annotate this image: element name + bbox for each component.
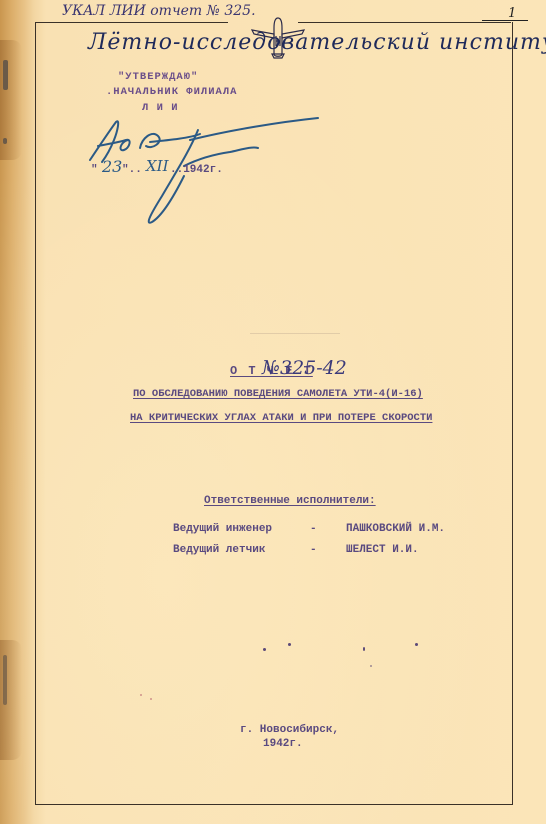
binder-hole [3, 138, 7, 144]
approval-date-month: XII [146, 157, 169, 175]
archive-reference: УКАЛ ЛИИ отчет № 325. [62, 3, 256, 19]
responsible-role: Ведущий инженер [173, 523, 272, 535]
responsible-dash: - [310, 544, 317, 556]
binder-hole [3, 655, 7, 705]
frame-top-rule [298, 22, 511, 23]
approval-date-year: ..1942г. [170, 164, 223, 176]
approval-stamp-line1: "УТВЕРЖДАЮ" [118, 71, 198, 83]
report-number: №325-42 [262, 357, 347, 379]
responsible-name: ПАШКОВСКИЙ И.М. [346, 523, 445, 535]
responsible-dash: - [310, 523, 317, 535]
responsible-name: ШЕЛЕСТ И.И. [346, 544, 419, 556]
ink-speck [288, 643, 291, 646]
ink-speck [370, 665, 372, 667]
institute-name: Лётно-исследовательский институт [88, 30, 546, 55]
page-number-rule [482, 20, 528, 21]
ink-speck [415, 643, 418, 646]
binder-hole [3, 60, 8, 90]
report-title-line2: НА КРИТИЧЕСКИХ УГЛАХ АТАКИ И ПРИ ПОТЕРЕ … [130, 412, 432, 424]
approval-date-day: 23 [102, 157, 122, 176]
approval-date-separator: ".. [122, 164, 142, 176]
frame-top-rule [35, 22, 228, 23]
responsible-heading: Ответственные исполнители: [204, 495, 376, 507]
footer-year: 1942г. [263, 738, 303, 750]
ink-speck [150, 698, 152, 700]
ink-speck [140, 694, 142, 696]
report-title-line1: ПО ОБСЛЕДОВАНИЮ ПОВЕДЕНИЯ САМОЛЕТА УТИ-4… [133, 388, 423, 400]
ink-speck [263, 648, 266, 651]
ink-speck [363, 647, 365, 651]
faint-mark [250, 333, 340, 334]
responsible-role: Ведущий летчик [173, 544, 265, 556]
footer-city: г. Новосибирск, [240, 724, 339, 736]
page-number: 1 [508, 6, 516, 21]
document-page: УКАЛ ЛИИ отчет № 325. 1 Лётно-исследоват… [0, 0, 546, 824]
approval-stamp-line2: .НАЧАЛЬНИК ФИЛИАЛА [106, 86, 237, 98]
approval-date-open-quote: " [91, 164, 98, 176]
